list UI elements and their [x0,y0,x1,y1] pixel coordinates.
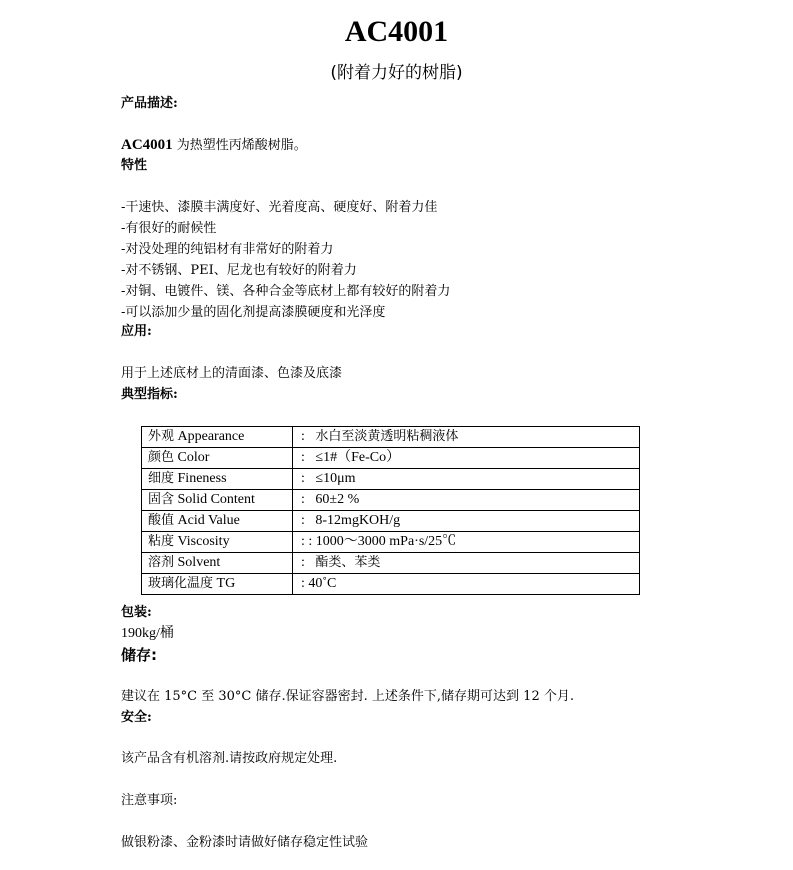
features-heading: 特性 [121,157,147,175]
packaging-heading: 包装: [121,604,152,622]
spec-label: 固含 Solid Content [142,490,293,511]
spec-value: : 酯类、苯类 [293,553,640,574]
spec-value: : : 1000～3000 mPa·s/25℃ [293,532,640,553]
table-row: 颜色 Color : ≤1#（Fe-Co） [142,448,640,469]
spec-label: 细度 Fineness [142,469,293,490]
table-row: 固含 Solid Content : 60±2 % [142,490,640,511]
spec-label: 外观 Appearance [142,427,293,448]
storage-heading: 储存: [121,645,157,665]
table-row: 溶剂 Solvent : 酯类、苯类 [142,553,640,574]
table-row: 粘度 Viscosity : : 1000～3000 mPa·s/25℃ [142,532,640,553]
table-row: 酸值 Acid Value : 8-12mgKOH/g [142,511,640,532]
application-heading: 应用: [121,323,152,341]
spec-value: : 60±2 % [293,490,640,511]
safety-heading: 安全: [121,709,152,727]
spec-value: : ≤1#（Fe-Co） [293,448,640,469]
notes-text: 做银粉漆、金粉漆时请做好储存稳定性试验 [121,834,368,852]
product-name: AC4001 [121,137,173,153]
description-text: AC4001 为热塑性丙烯酸树脂。 [121,136,307,155]
document-title: AC4001 [0,14,793,50]
spec-value: : ≤10μm [293,469,640,490]
feature-item: -对没处理的纯铝材有非常好的附着力 [121,239,450,260]
feature-item: -可以添加少量的固化剂提高漆膜硬度和光泽度 [121,302,450,323]
feature-item: -干速快、漆膜丰满度好、光着度高、硬度好、附着力佳 [121,197,450,218]
spec-value: : 40˚C [293,574,640,595]
description-body: 为热塑性丙烯酸树脂。 [173,138,307,153]
description-heading: 产品描述: [121,95,178,113]
features-list: -干速快、漆膜丰满度好、光着度高、硬度好、附着力佳 -有很好的耐候性 -对没处理… [121,197,450,323]
specs-heading: 典型指标: [121,386,178,404]
specs-table: 外观 Appearance : 水白至淡黄透明粘稠液体 颜色 Color : ≤… [141,426,640,595]
spec-label: 溶剂 Solvent [142,553,293,574]
notes-heading: 注意事项: [121,792,177,810]
application-text: 用于上述底材上的清面漆、色漆及底漆 [121,365,342,383]
table-row: 外观 Appearance : 水白至淡黄透明粘稠液体 [142,427,640,448]
feature-item: -对铜、电镀件、镁、各种合金等底材上都有较好的附着力 [121,281,450,302]
table-row: 细度 Fineness : ≤10μm [142,469,640,490]
spec-label: 颜色 Color [142,448,293,469]
feature-item: -有很好的耐候性 [121,218,450,239]
table-row: 玻璃化温度 TG : 40˚C [142,574,640,595]
storage-text: 建议在 15°C 至 30°C 储存.保证容器密封. 上述条件下,储存期可达到 … [121,688,574,706]
packaging-text: 190kg/桶 [121,625,174,643]
feature-item: -对不锈钢、PEI、尼龙也有较好的附着力 [121,260,450,281]
spec-label: 粘度 Viscosity [142,532,293,553]
spec-label: 玻璃化温度 TG [142,574,293,595]
document-subtitle: (附着力好的树脂) [0,61,793,85]
spec-label: 酸值 Acid Value [142,511,293,532]
spec-value: : 8-12mgKOH/g [293,511,640,532]
spec-value: : 水白至淡黄透明粘稠液体 [293,427,640,448]
safety-text: 该产品含有机溶剂.请按政府规定处理. [121,750,337,768]
